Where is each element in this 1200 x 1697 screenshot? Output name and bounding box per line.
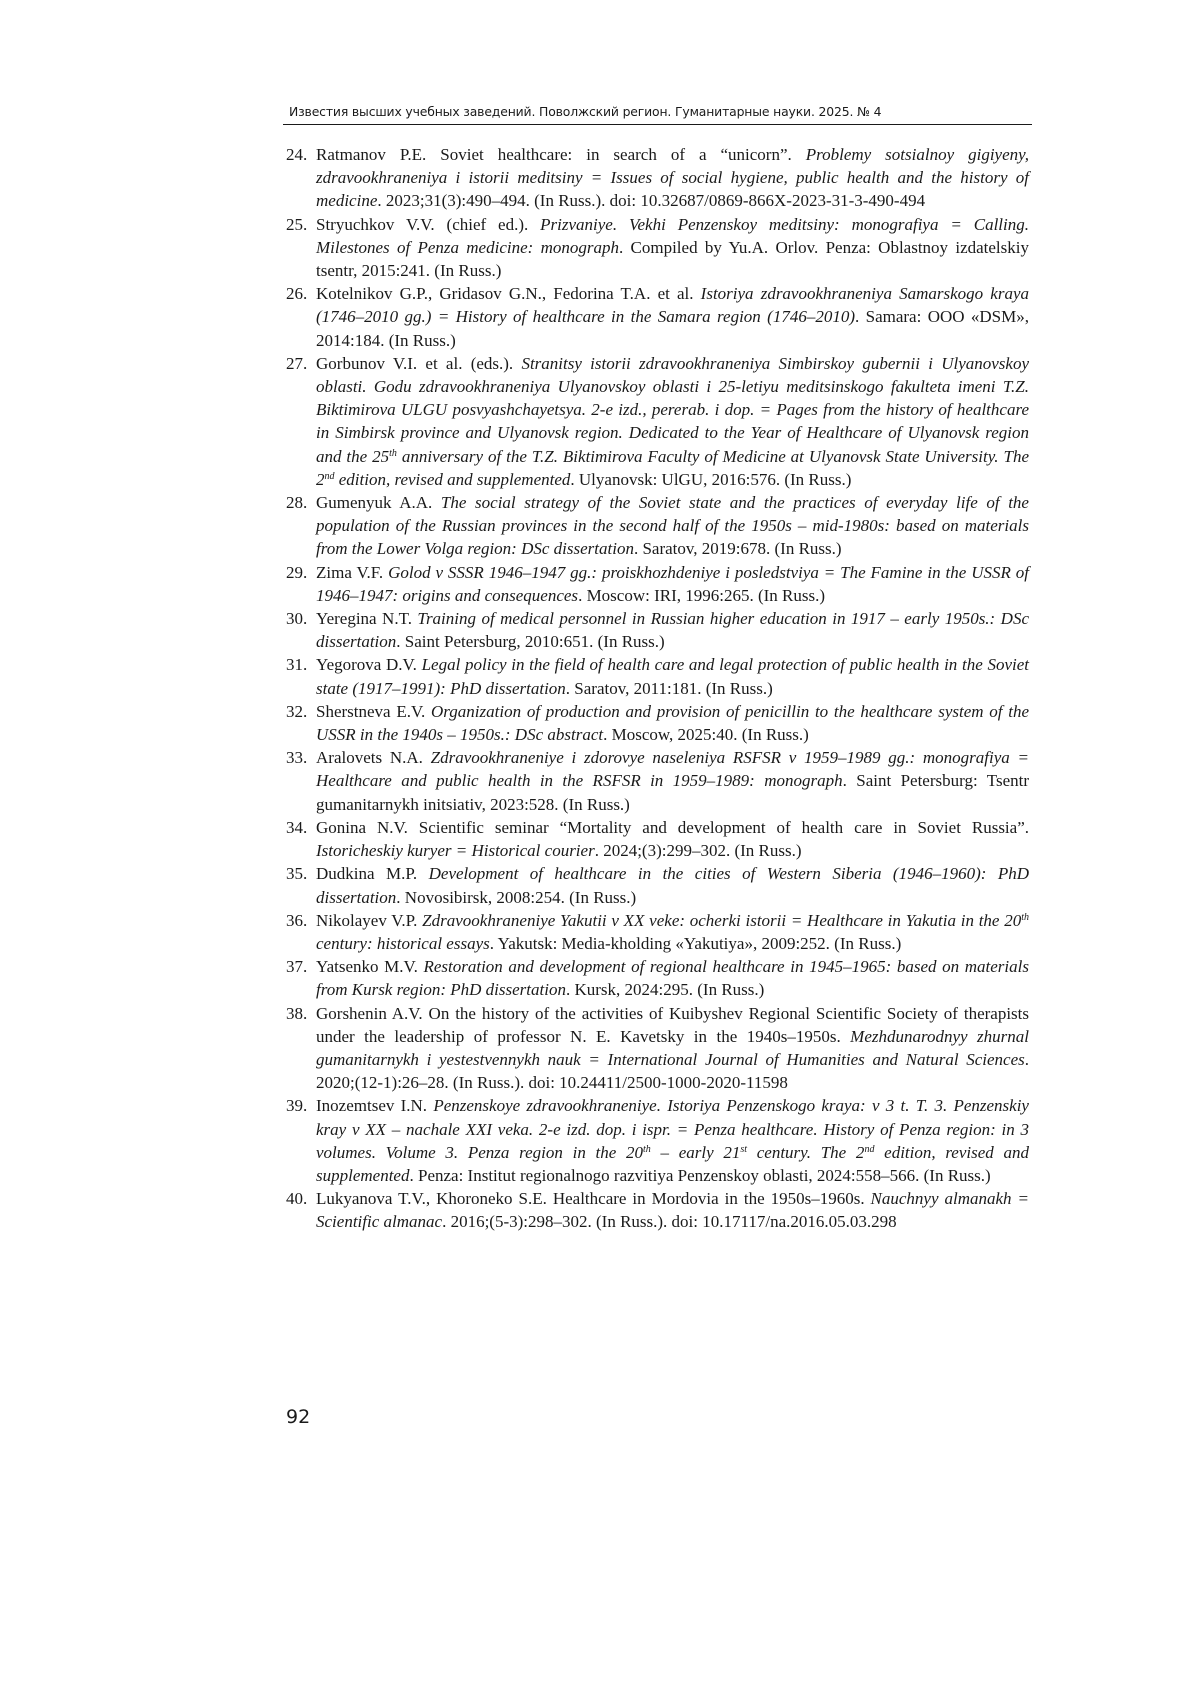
reference-segment: Gumenyuk A.A. (316, 493, 441, 512)
reference-segment: Aralovets N.A. (316, 748, 431, 767)
reference-segment: . 2024;(3):299–302. (In Russ.) (595, 841, 802, 860)
reference-segment: . Moscow: IRI, 1996:265. (In Russ.) (578, 586, 825, 605)
italic-title: – early 21 (651, 1143, 741, 1162)
reference-segment: . Moscow, 2025:40. (In Russ.) (603, 725, 809, 744)
reference-number: 28. (286, 491, 307, 514)
reference-segment: Yegorova D.V. (316, 655, 422, 674)
reference-list: 24.Ratmanov P.E. Soviet healthcare: in s… (286, 143, 1029, 1234)
reference-item: 37.Yatsenko M.V. Restoration and develop… (286, 955, 1029, 1001)
reference-item: 29.Zima V.F. Golod v SSSR 1946–1947 gg.:… (286, 561, 1029, 607)
reference-item: 33.Aralovets N.A. Zdravookhraneniye i zd… (286, 746, 1029, 816)
reference-segment: Gorbunov V.I. et al. (eds.). (316, 354, 521, 373)
reference-text: Aralovets N.A. Zdravookhraneniye i zdoro… (316, 746, 1029, 816)
reference-segment: Sherstneva E.V. (316, 702, 431, 721)
reference-segment: . Novosibirsk, 2008:254. (In Russ.) (396, 888, 636, 907)
reference-number: 29. (286, 561, 307, 584)
reference-number: 32. (286, 700, 307, 723)
reference-item: 28.Gumenyuk A.A. The social strategy of … (286, 491, 1029, 561)
reference-number: 38. (286, 1002, 307, 1025)
reference-text: Dudkina M.P. Development of healthcare i… (316, 862, 1029, 908)
reference-item: 31.Yegorova D.V. Legal policy in the fie… (286, 653, 1029, 699)
reference-segment: . Ulyanovsk: UlGU, 2016:576. (In Russ.) (570, 470, 851, 489)
reference-text: Zima V.F. Golod v SSSR 1946–1947 gg.: pr… (316, 561, 1029, 607)
reference-text: Lukyanova T.V., Khoroneko S.E. Healthcar… (316, 1187, 1029, 1233)
superscript: th (643, 1144, 651, 1155)
superscript: th (389, 448, 397, 459)
reference-text: Sherstneva E.V. Organization of producti… (316, 700, 1029, 746)
superscript: nd (325, 471, 335, 482)
reference-number: 34. (286, 816, 307, 839)
reference-segment: Zima V.F. (316, 563, 388, 582)
journal-page: Известия высших учебных заведений. Повол… (0, 0, 1200, 1697)
reference-number: 27. (286, 352, 307, 375)
reference-segment: . Saint Petersburg, 2010:651. (In Russ.) (396, 632, 664, 651)
reference-text: Gumenyuk A.A. The social strategy of the… (316, 491, 1029, 561)
reference-item: 27.Gorbunov V.I. et al. (eds.). Stranits… (286, 352, 1029, 491)
reference-number: 36. (286, 909, 307, 932)
reference-text: Yegorova D.V. Legal policy in the field … (316, 653, 1029, 699)
reference-item: 39.Inozemtsev I.N. Penzenskoye zdravookh… (286, 1094, 1029, 1187)
reference-item: 34.Gonina N.V. Scientific seminar “Morta… (286, 816, 1029, 862)
reference-number: 37. (286, 955, 307, 978)
reference-text: Gonina N.V. Scientific seminar “Mortalit… (316, 816, 1029, 862)
reference-number: 25. (286, 213, 307, 236)
reference-number: 35. (286, 862, 307, 885)
reference-item: 25.Stryuchkov V.V. (chief ed.). Prizvani… (286, 213, 1029, 283)
reference-text: Stryuchkov V.V. (chief ed.). Prizvaniye.… (316, 213, 1029, 283)
reference-item: 36.Nikolayev V.P. Zdravookhraneniye Yaku… (286, 909, 1029, 955)
reference-item: 32.Sherstneva E.V. Organization of produ… (286, 700, 1029, 746)
reference-number: 26. (286, 282, 307, 305)
reference-segment: Gonina N.V. Scientific seminar “Mortalit… (316, 818, 1029, 837)
reference-text: Yeregina N.T. Training of medical person… (316, 607, 1029, 653)
reference-number: 33. (286, 746, 307, 769)
reference-segment: . Saratov, 2011:181. (In Russ.) (566, 679, 773, 698)
reference-segment: Kotelnikov G.P., Gridasov G.N., Fedorina… (316, 284, 701, 303)
reference-item: 26.Kotelnikov G.P., Gridasov G.N., Fedor… (286, 282, 1029, 352)
reference-text: Gorbunov V.I. et al. (eds.). Stranitsy i… (316, 352, 1029, 491)
reference-segment: Ratmanov P.E. Soviet healthcare: in sear… (316, 145, 806, 164)
reference-text: Kotelnikov G.P., Gridasov G.N., Fedorina… (316, 282, 1029, 352)
page-number: 92 (286, 1406, 310, 1428)
superscript: th (1021, 912, 1029, 923)
reference-segment: Inozemtsev I.N. (316, 1096, 433, 1115)
reference-segment: Stryuchkov V.V. (chief ed.). (316, 215, 540, 234)
reference-item: 38.Gorshenin A.V. On the history of the … (286, 1002, 1029, 1095)
reference-segment: . 2016;(5-3):298–302. (In Russ.). doi: 1… (442, 1212, 897, 1231)
running-header: Известия высших учебных заведений. Повол… (284, 104, 1037, 119)
superscript: st (740, 1144, 747, 1155)
reference-segment: Lukyanova T.V., Khoroneko S.E. Healthcar… (316, 1189, 871, 1208)
reference-number: 31. (286, 653, 307, 676)
reference-text: Yatsenko M.V. Restoration and developmen… (316, 955, 1029, 1001)
superscript: nd (864, 1144, 874, 1155)
reference-text: Inozemtsev I.N. Penzenskoye zdravookhran… (316, 1094, 1029, 1187)
italic-title: edition, revised and supplemented (335, 470, 571, 489)
reference-text: Nikolayev V.P. Zdravookhraneniye Yakutii… (316, 909, 1029, 955)
reference-segment: . Yakutsk: Media-kholding «Yakutiya», 20… (490, 934, 901, 953)
header-rule (283, 124, 1032, 125)
italic-title: Istoricheskiy kuryer = Historical courie… (316, 841, 595, 860)
reference-text: Gorshenin A.V. On the history of the act… (316, 1002, 1029, 1095)
reference-text: Ratmanov P.E. Soviet healthcare: in sear… (316, 143, 1029, 213)
reference-number: 39. (286, 1094, 307, 1117)
reference-segment: Yeregina N.T. (316, 609, 417, 628)
reference-number: 40. (286, 1187, 307, 1210)
reference-segment: Nikolayev V.P. (316, 911, 422, 930)
reference-segment: . Penza: Institut regionalnogo razvitiya… (409, 1166, 990, 1185)
reference-number: 24. (286, 143, 307, 166)
reference-item: 24.Ratmanov P.E. Soviet healthcare: in s… (286, 143, 1029, 213)
italic-title: century. The 2 (747, 1143, 864, 1162)
italic-title: century: historical essays (316, 934, 490, 953)
reference-segment: Dudkina M.P. (316, 864, 429, 883)
reference-number: 30. (286, 607, 307, 630)
reference-segment: . Saratov, 2019:678. (In Russ.) (634, 539, 842, 558)
reference-segment: . Kursk, 2024:295. (In Russ.) (566, 980, 764, 999)
italic-title: Zdravookhraneniye Yakutii v XX veke: och… (422, 911, 1021, 930)
reference-item: 40.Lukyanova T.V., Khoroneko S.E. Health… (286, 1187, 1029, 1233)
reference-segment: . 2023;31(3):490–494. (In Russ.). doi: 1… (377, 191, 925, 210)
reference-segment: Yatsenko M.V. (316, 957, 423, 976)
reference-item: 30.Yeregina N.T. Training of medical per… (286, 607, 1029, 653)
reference-item: 35.Dudkina M.P. Development of healthcar… (286, 862, 1029, 908)
